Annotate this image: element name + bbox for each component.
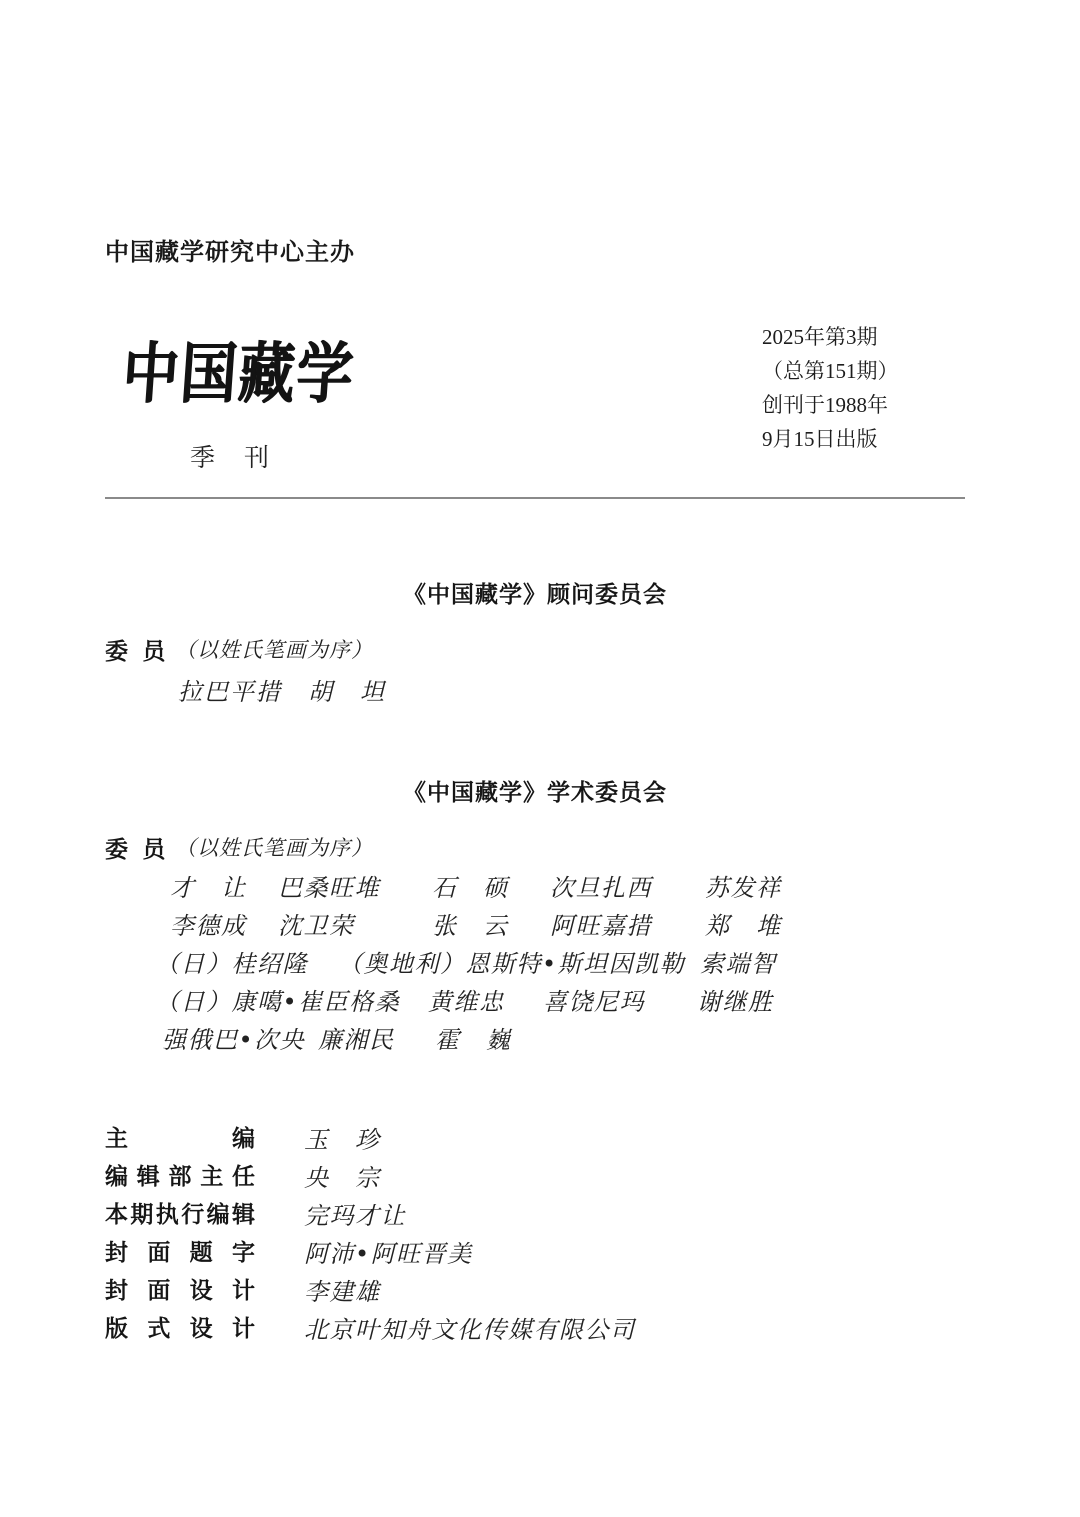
- divider-rule: [105, 497, 965, 499]
- advisory-members-label-row: 委 员 （以姓氏笔画为序）: [105, 633, 965, 665]
- committee-member: 石 硕: [432, 868, 509, 903]
- staff-row-chief-editor: 主编 玉 珍: [105, 1120, 965, 1158]
- committee-member: 郑 堆: [705, 906, 782, 941]
- members-row: （日）康噶•崔臣格桑 黄维忠 喜饶尼玛 谢继胜: [105, 982, 965, 1020]
- members-row: 才 让 巴桑旺堆 石 硕 次旦扎西 苏发祥: [105, 868, 965, 906]
- sort-order-note: （以姓氏笔画为序）: [175, 832, 373, 862]
- committee-member: 廉湘民: [318, 1020, 395, 1055]
- staff-role-label: 封面题字: [105, 1234, 255, 1267]
- founded-year: 创刊于1988年: [762, 388, 899, 422]
- academic-members-label-row: 委 员 （以姓氏笔画为序）: [105, 831, 965, 863]
- staff-person-name: 玉 珍: [304, 1120, 381, 1155]
- staff-row-cover-inscription: 封面题字 阿沛•阿旺晋美: [105, 1234, 965, 1272]
- publisher-line: 中国藏学研究中心主办: [105, 232, 355, 267]
- advisory-committee-heading: 《中国藏学》顾问委员会: [105, 576, 965, 609]
- members-row: （日）桂绍隆 （奥地利）恩斯特•斯坦因凯勒 索端智: [105, 944, 965, 982]
- committee-member: （日）桂绍隆: [155, 944, 308, 979]
- issue-total-number: （总第151期）: [762, 354, 899, 388]
- committee-member: 次旦扎西: [550, 868, 652, 903]
- staff-row-layout-design: 版式设计 北京叶知舟文化传媒有限公司: [105, 1310, 965, 1348]
- committee-member: （奥地利）恩斯特•斯坦因凯勒: [338, 944, 685, 979]
- staff-role-label: 版式设计: [105, 1310, 255, 1343]
- members-row: 强俄巴•次央 廉湘民 霍 巍: [105, 1020, 965, 1058]
- staff-row-executive-editor: 本期执行编辑 完玛才让: [105, 1196, 965, 1234]
- staff-row-editorial-director: 编辑部主任 央 宗: [105, 1158, 965, 1196]
- journal-logo-calligraphy: 中国藏学: [119, 322, 358, 416]
- committee-member: 李德成: [170, 906, 247, 941]
- committee-member: （日）康噶•崔臣格桑: [155, 982, 400, 1017]
- staff-role-label: 主编: [105, 1120, 255, 1153]
- staff-role-label: 封面设计: [105, 1272, 255, 1305]
- committee-member: 谢继胜: [697, 982, 774, 1017]
- staff-role-label: 本期执行编辑: [105, 1196, 255, 1229]
- sort-order-note: （以姓氏笔画为序）: [175, 634, 373, 664]
- academic-members-grid: 才 让 巴桑旺堆 石 硕 次旦扎西 苏发祥 李德成 沈卫荣 张 云 阿旺嘉措 郑…: [105, 868, 965, 1058]
- staff-person-name: 完玛才让: [304, 1196, 406, 1231]
- staff-row-cover-design: 封面设计 李建雄: [105, 1272, 965, 1310]
- committee-member: 沈卫荣: [278, 906, 355, 941]
- staff-person-name: 央 宗: [304, 1158, 381, 1193]
- staff-person-name: 李建雄: [304, 1272, 381, 1307]
- staff-company-name: 北京叶知舟文化传媒有限公司: [304, 1310, 636, 1345]
- journal-frequency-label: 季 刊: [190, 438, 271, 474]
- publish-date: 9月15日出版: [762, 422, 899, 456]
- committee-member: 巴桑旺堆: [278, 868, 380, 903]
- issue-info-block: 2025年第3期 （总第151期） 创刊于1988年 9月15日出版: [762, 320, 899, 456]
- committee-member: 索端智: [700, 944, 777, 979]
- committee-member: 强俄巴•次央: [162, 1020, 305, 1055]
- committee-member: 张 云: [432, 906, 509, 941]
- issue-number: 2025年第3期: [762, 320, 899, 354]
- members-label: 委 员: [105, 831, 165, 864]
- members-row: 李德成 沈卫荣 张 云 阿旺嘉措 郑 堆: [105, 906, 965, 944]
- staff-credits-block: 主编 玉 珍 编辑部主任 央 宗 本期执行编辑 完玛才让 封面题字 阿沛•阿旺晋…: [105, 1120, 965, 1348]
- committee-member: 霍 巍: [435, 1020, 512, 1055]
- staff-person-name: 阿沛•阿旺晋美: [304, 1234, 473, 1269]
- academic-committee-heading: 《中国藏学》学术委员会: [105, 774, 965, 807]
- committee-member: 阿旺嘉措: [550, 906, 652, 941]
- staff-role-label: 编辑部主任: [105, 1158, 255, 1191]
- advisory-members-line: 拉巴平措 胡 坦: [178, 672, 386, 707]
- committee-member: 才 让: [170, 868, 247, 903]
- committee-member: 黄维忠: [428, 982, 505, 1017]
- members-label: 委 员: [105, 633, 165, 666]
- committee-member: 喜饶尼玛: [543, 982, 645, 1017]
- committee-member: 苏发祥: [705, 868, 782, 903]
